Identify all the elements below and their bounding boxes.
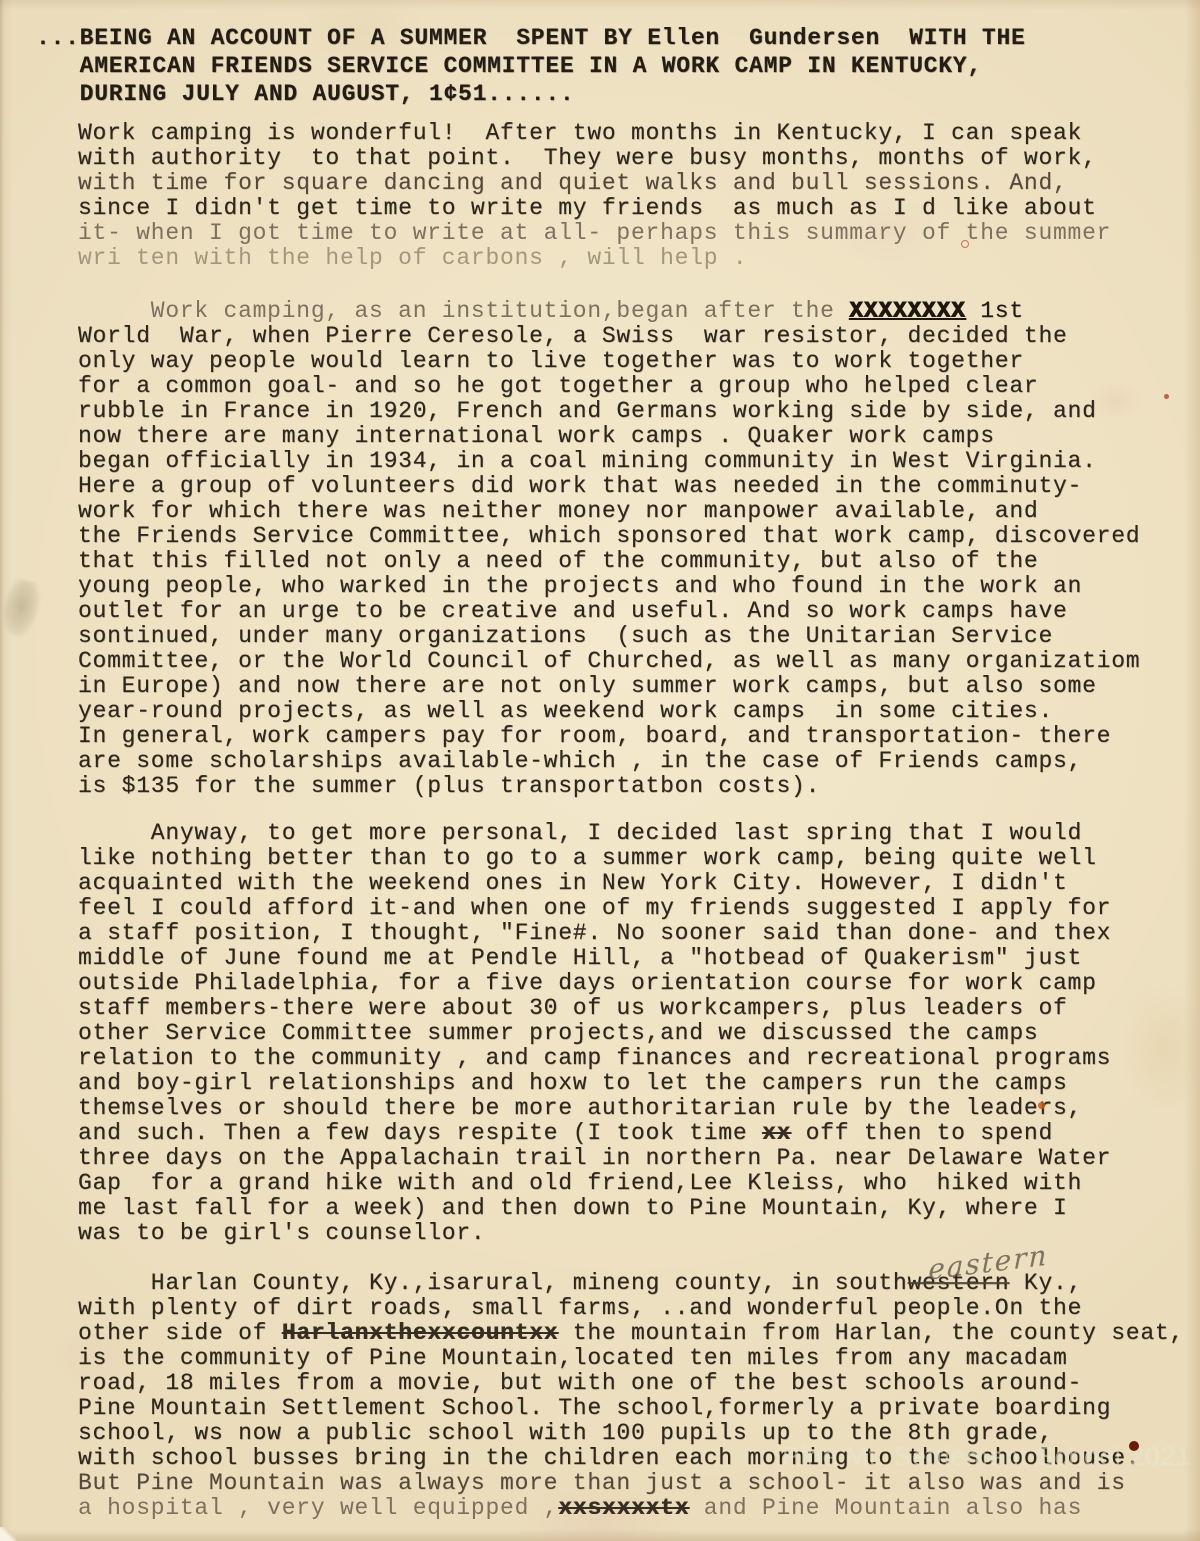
smudge-mark xyxy=(0,577,44,641)
document-title-block: ...BEING AN ACCOUNT OF A SUMMER SPENT BY… xyxy=(36,24,1026,108)
text-line: But Pine Mountain was always more than j… xyxy=(78,1471,1184,1496)
text-line: DURING JULY AND AUGUST, 1¢51...... xyxy=(36,80,1026,108)
paragraph-personal-story: Anyway, to get more personal, I decided … xyxy=(78,821,1111,1246)
text-line: young people, who warked in the projects… xyxy=(78,574,1140,599)
text-line: since I didn't get time to write my frie… xyxy=(78,196,1111,221)
text-line: Work camping, as an institution,began af… xyxy=(78,299,1140,324)
text-line: it- when I got time to write at all- per… xyxy=(78,221,1111,246)
stain-speck xyxy=(1038,1102,1045,1109)
text-line: a hospital , very well equipped ,xxsxxxx… xyxy=(78,1496,1184,1521)
text-line: relation to the community , and camp fin… xyxy=(78,1046,1111,1071)
text-line: that this filled not only a need of the … xyxy=(78,549,1140,574)
text-line: Anyway, to get more personal, I decided … xyxy=(78,821,1111,846)
paper-corner-edge xyxy=(0,1527,18,1541)
text-line: a staff position, I thought, "Fine#. No … xyxy=(78,921,1111,946)
text-line: acquainted with the weekend ones in New … xyxy=(78,871,1111,896)
text-line: like nothing better than to go to a summ… xyxy=(78,846,1111,871)
text-line: was to be girl's counsellor. xyxy=(78,1221,1111,1246)
text-line: middle of June found me at Pendle Hill, … xyxy=(78,946,1111,971)
text-line: other side of Harlanxthexxcountxx the mo… xyxy=(78,1321,1184,1346)
text-line: staff members-there were about 30 of us … xyxy=(78,996,1111,1021)
text-line: Gap for a grand hike with and old friend… xyxy=(78,1171,1111,1196)
text-line: work for which there was neither money n… xyxy=(78,499,1140,524)
text-line: three days on the Appalachain trail in n… xyxy=(78,1146,1111,1171)
ink-spot xyxy=(1129,1441,1139,1451)
paragraph-intro: Work camping is wonderful! After two mon… xyxy=(78,121,1111,271)
text-line: rubble in France in 1920, French and Ger… xyxy=(78,399,1140,424)
text-line: year-round projects, as well as weekend … xyxy=(78,699,1140,724)
paragraph-harlan-county: Harlan County, Ky.,isarural, mineng coun… xyxy=(78,1271,1184,1521)
text-line: is $135 for the summer (plus transportat… xyxy=(78,774,1140,799)
text-line: with plenty of dirt roads, small farms, … xyxy=(78,1296,1184,1321)
paragraph-work-camp-history: Work camping, as an institution,began af… xyxy=(78,299,1140,799)
text-line: Here a group of volunteers did work that… xyxy=(78,474,1140,499)
text-line: now there are many international work ca… xyxy=(78,424,1140,449)
text-line: other Service Committee summer projects,… xyxy=(78,1021,1111,1046)
text-line: feel I could afford it-and when one of m… xyxy=(78,896,1111,921)
text-line: and boy-girl relationships and hoxw to l… xyxy=(78,1071,1111,1096)
text-line: for a common goal- and so he got togethe… xyxy=(78,374,1140,399)
text-line: outlet for an urge to be creative and us… xyxy=(78,599,1140,624)
text-line: is the community of Pine Mountain,locate… xyxy=(78,1346,1184,1371)
text-line: sontinued, under many organizations (suc… xyxy=(78,624,1140,649)
stain-speck xyxy=(1164,394,1169,399)
stain-speck xyxy=(961,240,969,248)
text-line: are some scholarships available-which , … xyxy=(78,749,1140,774)
text-line: Pine Mountain Settlement School. The sch… xyxy=(78,1396,1184,1421)
text-line: Committee, or the World Council of Churc… xyxy=(78,649,1140,674)
scanned-document-page: ...BEING AN ACCOUNT OF A SUMMER SPENT BY… xyxy=(0,0,1200,1541)
text-line: me last fall for a week) and then down t… xyxy=(78,1196,1111,1221)
text-line: began officially in 1934, in a coal mini… xyxy=(78,449,1140,474)
text-line: with authority to that point. They were … xyxy=(78,146,1111,171)
text-line: AMERICAN FRIENDS SERVICE COMMITTEE IN A … xyxy=(36,52,1026,80)
text-line: ...BEING AN ACCOUNT OF A SUMMER SPENT BY… xyxy=(36,24,1026,52)
text-line: in Europe) and now there are not only su… xyxy=(78,674,1140,699)
text-line: outside Philadelphia, for a five days or… xyxy=(78,971,1111,996)
text-line: only way people would learn to live toge… xyxy=(78,349,1140,374)
text-line: World War, when Pierre Ceresole, a Swiss… xyxy=(78,324,1140,349)
text-line: road, 18 miles from a movie, but with on… xyxy=(78,1371,1184,1396)
text-line: the Friends Service Committee, which spo… xyxy=(78,524,1140,549)
text-line: Work camping is wonderful! After two mon… xyxy=(78,121,1111,146)
text-line: themselves or should there be more autho… xyxy=(78,1096,1111,1121)
text-line: wri ten with the help of carbons , will … xyxy=(78,246,1111,271)
text-line: with time for square dancing and quiet w… xyxy=(78,171,1111,196)
text-line: In general, work campers pay for room, b… xyxy=(78,724,1140,749)
text-line: and such. Then a few days respite (I too… xyxy=(78,1121,1111,1146)
